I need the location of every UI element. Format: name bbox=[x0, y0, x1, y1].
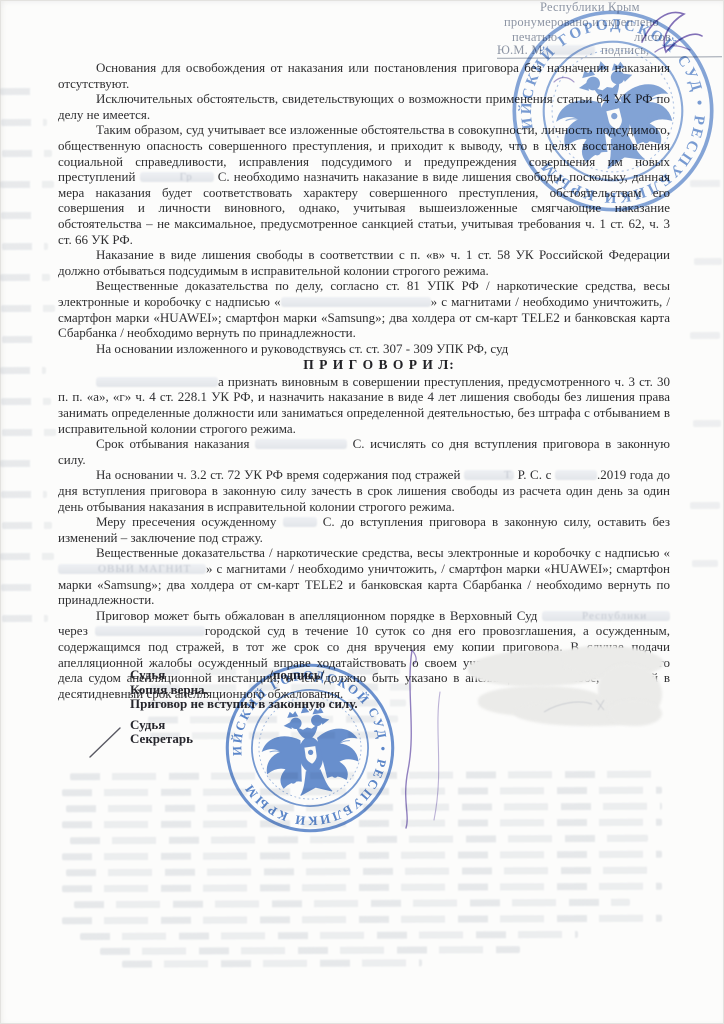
pen-signature-strokes bbox=[0, 0, 724, 1024]
pen-slash bbox=[90, 728, 120, 757]
faint-pen-trace bbox=[540, 690, 630, 720]
scanned-court-verdict-page: Республики Крым пронумеровано и скреплен… bbox=[0, 0, 724, 1024]
